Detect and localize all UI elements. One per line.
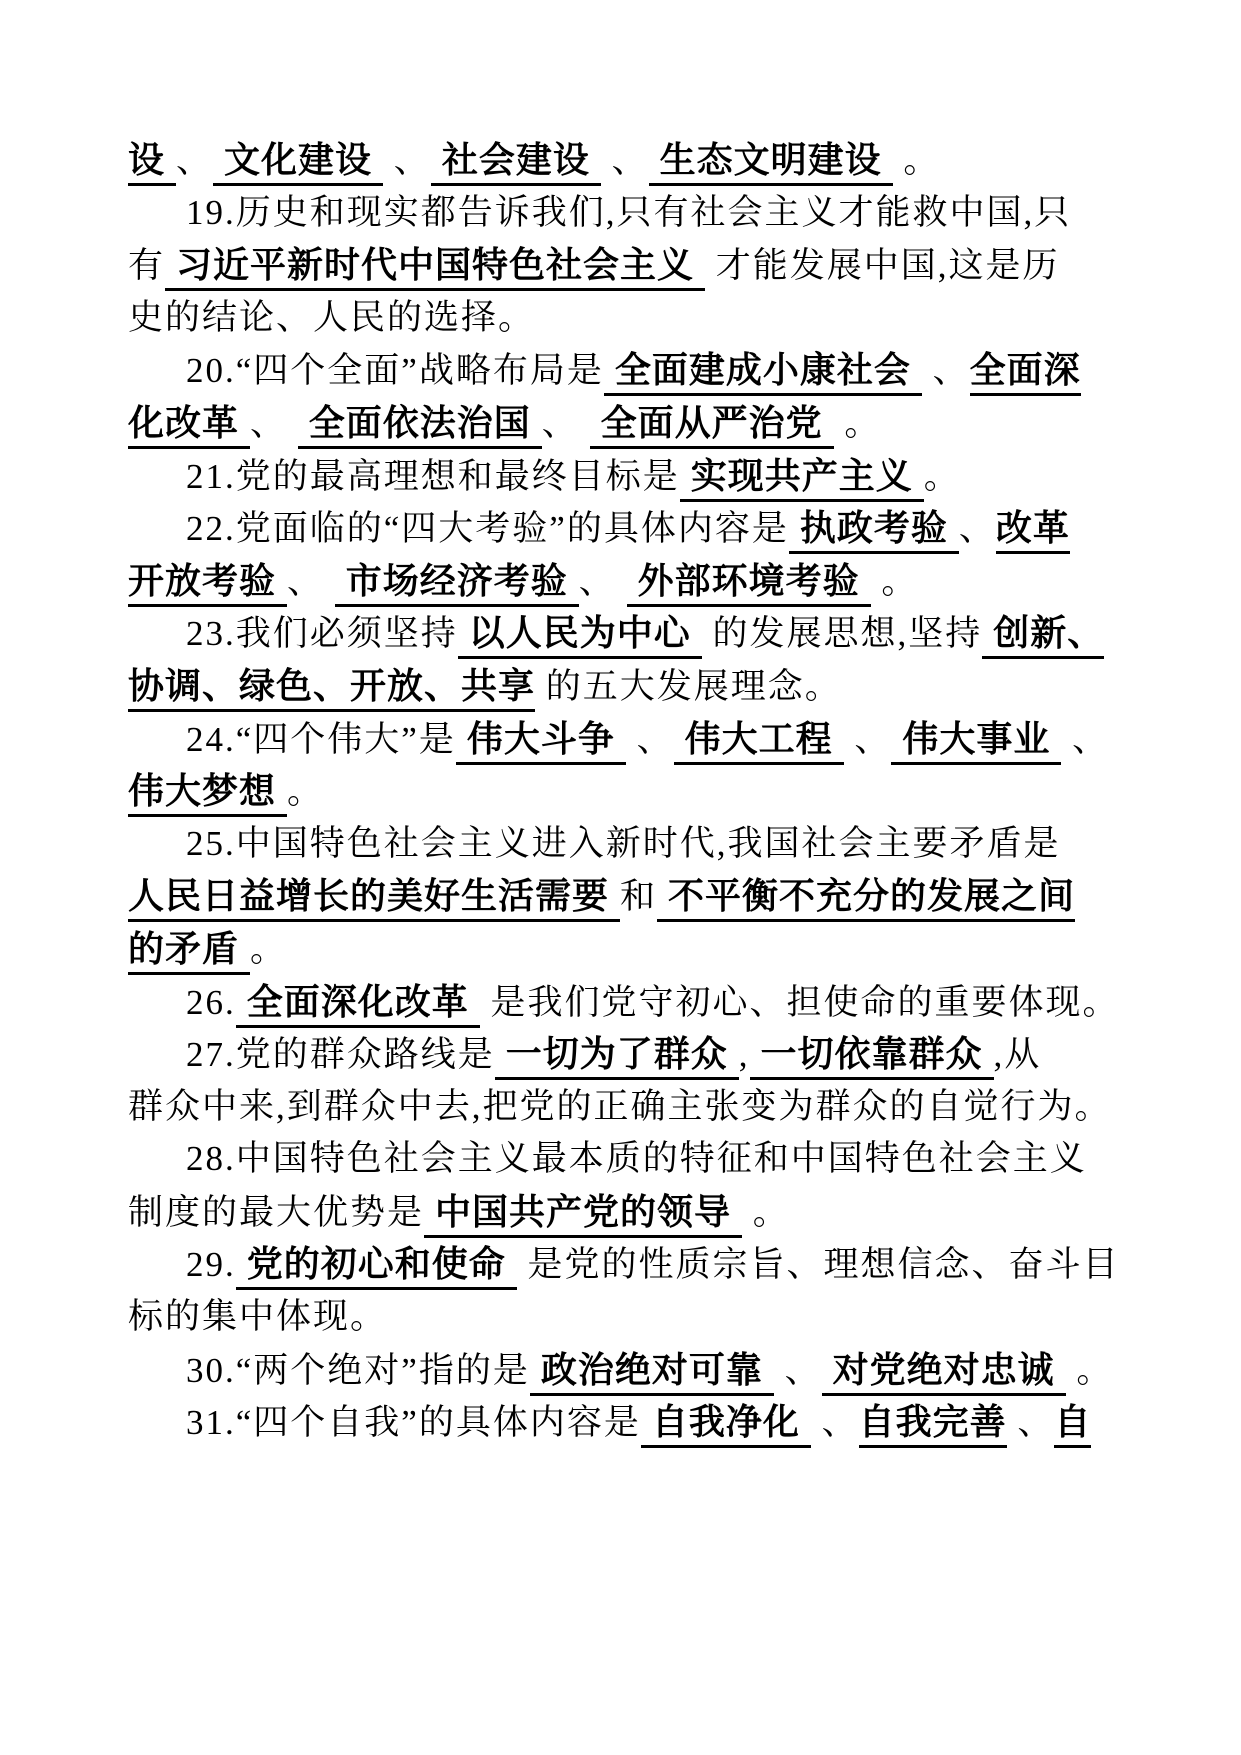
text-run: 27.党的群众路线是 — [186, 1035, 495, 1074]
answer-blank: 创新、 — [982, 612, 1104, 659]
answer-blank: 人民日益增长的美好生活需要 — [128, 875, 620, 922]
answer-blank: 自 — [1054, 1401, 1091, 1448]
text-run: 。 — [834, 404, 882, 443]
text-run: 、 — [601, 141, 649, 180]
answer-blank: 外部环境考验 — [627, 560, 871, 607]
text-run: 是我们党守初心、担使命的重要体现。 — [480, 983, 1120, 1022]
document-page: 设 、 文化建设 、 社会建设 、 生态文明建设 。19.历史和现实都告诉我们,… — [128, 134, 1113, 1449]
text-line: 23.我们必须坚持 以人民为中心 的发展思想,坚持 创新、 — [128, 607, 1113, 660]
text-run: 30.“两个绝对”指的是 — [186, 1351, 530, 1390]
text-line: 人民日益增长的美好生活需要 和 不平衡不充分的发展之间 — [128, 870, 1113, 923]
text-run: 群众中来,到群众中去,把党的正确主张变为群众的自觉行为。 — [128, 1087, 1112, 1126]
text-line: 24.“四个伟大”是 伟大斗争 、 伟大工程 、 伟大事业 、 — [128, 713, 1113, 766]
answer-blank: 伟大事业 — [891, 718, 1061, 765]
answer-blank: 不平衡不充分的发展之间 — [657, 875, 1075, 922]
text-run: 。 — [924, 457, 961, 496]
answer-blank: 伟大斗争 — [456, 718, 626, 765]
text-run: 的五大发展理念。 — [535, 667, 842, 706]
text-run: 、 — [250, 404, 298, 443]
text-run: 24.“四个伟大”是 — [186, 720, 456, 759]
text-line: 28.中国特色社会主义最本质的特征和中国特色社会主义 — [128, 1133, 1113, 1186]
text-run: 有 — [128, 246, 165, 285]
text-run: 。 — [871, 562, 919, 601]
text-run: 、 — [844, 720, 892, 759]
text-run: 26. — [186, 983, 236, 1022]
text-run: ,从 — [994, 1035, 1042, 1074]
text-run: 、 — [1007, 1403, 1055, 1442]
text-line: 30.“两个绝对”指的是 政治绝对可靠 、 对党绝对忠诚 。 — [128, 1344, 1113, 1397]
text-line: 20.“四个全面”战略布局是 全面建成小康社会 、全面深 — [128, 344, 1113, 397]
answer-blank: 社会建设 — [431, 139, 601, 186]
answer-blank: 自我净化 — [641, 1401, 811, 1448]
answer-blank: 全面建成小康社会 — [604, 349, 922, 396]
answer-blank: 设 — [128, 139, 176, 186]
text-run: 。 — [893, 141, 941, 180]
text-run: 31.“四个自我”的具体内容是 — [186, 1403, 641, 1442]
text-line: 标的集中体现。 — [128, 1291, 1113, 1344]
answer-blank: 全面从严治党 — [590, 402, 834, 449]
answer-blank: 一切依靠群众 — [750, 1033, 994, 1080]
text-line: 伟大梦想 。 — [128, 765, 1113, 818]
text-line: 27.党的群众路线是 一切为了群众 , 一切依靠群众 ,从 — [128, 1028, 1113, 1081]
answer-blank: 党的初心和使命 — [236, 1243, 517, 1290]
text-line: 29. 党的初心和使命 是党的性质宗旨、理想信念、奋斗目 — [128, 1238, 1113, 1291]
answer-blank: 全面依法治国 — [298, 402, 542, 449]
answer-blank: 生态文明建设 — [649, 139, 893, 186]
text-run: 28.中国特色社会主义最本质的特征和中国特色社会主义 — [186, 1139, 1087, 1178]
text-run: 才能发展中国,这是历 — [705, 246, 1060, 285]
text-run: 的发展思想,坚持 — [702, 614, 983, 653]
answer-blank: 政治绝对可靠 — [530, 1349, 774, 1396]
answer-blank: 以人民为中心 — [458, 612, 702, 659]
text-run: 。 — [742, 1193, 790, 1232]
text-run: 、 — [176, 141, 213, 180]
text-run: 25.中国特色社会主义进入新时代,我国社会主要矛盾是 — [186, 824, 1061, 863]
text-run: 、 — [774, 1351, 822, 1390]
text-run: 标的集中体现。 — [128, 1297, 387, 1336]
text-run: 、 — [542, 404, 590, 443]
text-run: 、 — [922, 351, 970, 390]
text-run: 是党的性质宗旨、理想信念、奋斗目 — [517, 1245, 1120, 1284]
answer-blank: 中国共产党的领导 — [424, 1191, 742, 1238]
text-run: 23.我们必须坚持 — [186, 614, 458, 653]
text-run: 、 — [1061, 720, 1109, 759]
text-line: 史的结论、人民的选择。 — [128, 292, 1113, 345]
answer-blank: 伟大工程 — [674, 718, 844, 765]
text-run: 、 — [626, 720, 674, 759]
answer-blank: 实现共产主义 — [680, 455, 924, 502]
answer-blank: 的矛盾 — [128, 928, 250, 975]
answer-blank: 文化建设 — [213, 139, 383, 186]
text-line: 设 、 文化建设 、 社会建设 、 生态文明建设 。 — [128, 134, 1113, 187]
text-line: 25.中国特色社会主义进入新时代,我国社会主要矛盾是 — [128, 818, 1113, 871]
text-run: 、 — [959, 509, 996, 548]
text-run: 、 — [811, 1403, 859, 1442]
text-line: 协调、绿色、开放、共享 的五大发展理念。 — [128, 660, 1113, 713]
answer-blank: 全面深化改革 — [236, 981, 480, 1028]
answer-blank: 市场经济考验 — [335, 560, 579, 607]
text-run: 21.党的最高理想和最终目标是 — [186, 457, 680, 496]
answer-blank: 对党绝对忠诚 — [822, 1349, 1066, 1396]
text-run: 史的结论、人民的选择。 — [128, 298, 535, 337]
text-line: 19.历史和现实都告诉我们,只有社会主义才能救中国,只 — [128, 187, 1113, 240]
answer-blank: 开放考验 — [128, 560, 287, 607]
text-run: 29. — [186, 1245, 236, 1284]
text-line: 群众中来,到群众中去,把党的正确主张变为群众的自觉行为。 — [128, 1081, 1113, 1134]
answer-blank: 化改革 — [128, 402, 250, 449]
text-line: 开放考验 、 市场经济考验 、 外部环境考验 。 — [128, 555, 1113, 608]
text-run: 和 — [620, 877, 657, 916]
text-run: 、 — [287, 562, 335, 601]
text-run: 、 — [383, 141, 431, 180]
answer-blank: 改革 — [996, 507, 1070, 554]
answer-blank: 伟大梦想 — [128, 770, 287, 817]
answer-blank: 执政考验 — [789, 507, 959, 554]
text-line: 22.党面临的“四大考验”的具体内容是 执政考验 、改革 — [128, 502, 1113, 555]
text-line: 制度的最大优势是 中国共产党的领导 。 — [128, 1186, 1113, 1239]
text-line: 21.党的最高理想和最终目标是 实现共产主义 。 — [128, 450, 1113, 503]
answer-blank: 一切为了群众 — [495, 1033, 739, 1080]
text-line: 有 习近平新时代中国特色社会主义 才能发展中国,这是历 — [128, 239, 1113, 292]
text-run: 制度的最大优势是 — [128, 1193, 424, 1232]
text-run: 22.党面临的“四大考验”的具体内容是 — [186, 509, 789, 548]
text-run: 。 — [1066, 1351, 1114, 1390]
text-line: 31.“四个自我”的具体内容是 自我净化 、自我完善 、自 — [128, 1396, 1113, 1449]
text-line: 的矛盾 。 — [128, 923, 1113, 976]
text-line: 26. 全面深化改革 是我们党守初心、担使命的重要体现。 — [128, 976, 1113, 1029]
text-run: 。 — [250, 930, 287, 969]
text-run: 20.“四个全面”战略布局是 — [186, 351, 604, 390]
text-run: 、 — [579, 562, 627, 601]
answer-blank: 全面深 — [970, 349, 1081, 396]
text-run: , — [739, 1035, 750, 1074]
answer-blank: 习近平新时代中国特色社会主义 — [165, 244, 705, 291]
answer-blank: 自我完善 — [859, 1401, 1007, 1448]
text-line: 化改革 、 全面依法治国 、 全面从严治党 。 — [128, 397, 1113, 450]
answer-blank: 协调、绿色、开放、共享 — [128, 665, 535, 712]
text-run: 19.历史和现实都告诉我们,只有社会主义才能救中国,只 — [186, 193, 1071, 232]
text-run: 。 — [287, 772, 324, 811]
